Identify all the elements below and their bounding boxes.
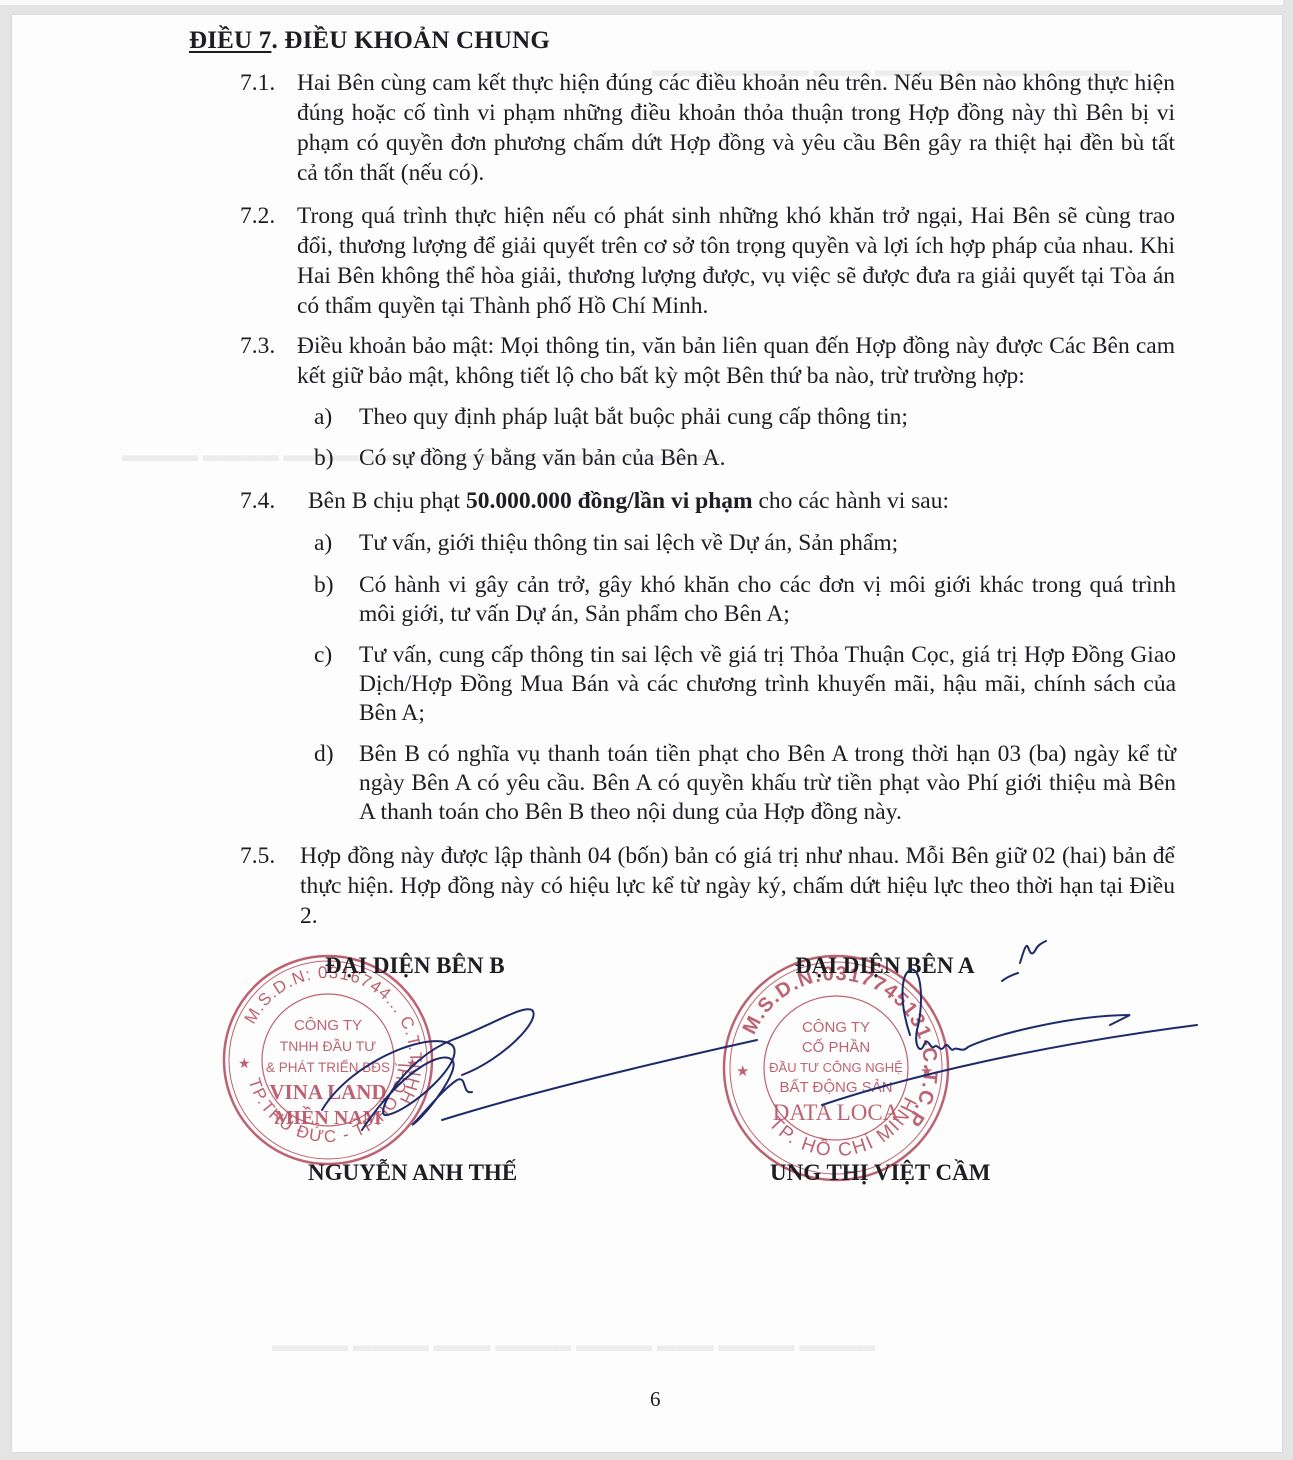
party-b-title: ĐẠI DIỆN BÊN B — [325, 953, 505, 979]
clause-number: 7.2. — [240, 201, 275, 231]
svg-text:CÔNG TY: CÔNG TY — [802, 1019, 870, 1036]
item-label: a) — [314, 403, 332, 432]
party-a-company-stamp: M.S.D.N:0317745131-C.T.C.P TP. HỒ CHÍ MI… — [718, 950, 954, 1186]
clause-7-4-item-c: c) Tư vấn, cung cấp thông tin sai lệch v… — [314, 641, 1176, 728]
item-label: a) — [314, 529, 332, 558]
clause-7-3-item-a: a) Theo quy định pháp luật bắt buộc phải… — [314, 403, 1176, 432]
svg-text:& PHÁT TRIỂN BĐS: & PHÁT TRIỂN BĐS — [266, 1060, 390, 1075]
clause-7-3: 7.3. Điều khoản bảo mật: Mọi thông tin, … — [240, 331, 1175, 391]
document-page: ▬▬▬▬ ▬▬▬▬▬ ▬▬▬▬ ▬▬▬ ▬▬▬▬▬ ▬▬▬ ▬▬▬▬▬ ▬▬▬▬… — [12, 15, 1282, 1452]
penalty-text-before: Bên B chịu phạt — [308, 488, 466, 514]
item-text: Bên B có nghĩa vụ thanh toán tiền phạt c… — [359, 740, 1176, 827]
item-text: Tư vấn, giới thiệu thông tin sai lệch về… — [359, 529, 1176, 558]
clause-7-4-item-b: b) Có hành vi gây cản trở, gây khó khăn … — [314, 571, 1176, 629]
clause-number: 7.1. — [240, 68, 275, 98]
previous-page-edge — [0, 0, 1283, 5]
clause-7-4: 7.4. Bên B chịu phạt 50.000.000 đồng/lần… — [240, 486, 1175, 516]
svg-text:MIỀN NAM: MIỀN NAM — [274, 1105, 381, 1129]
clause-7-1: 7.1. Hai Bên cùng cam kết thực hiện đúng… — [240, 68, 1175, 188]
clause-7-2: 7.2. Trong quá trình thực hiện nếu có ph… — [240, 201, 1175, 321]
party-a-title: ĐẠI DIỆN BÊN A — [795, 953, 975, 979]
article-title: . ĐIỀU KHOẢN CHUNG — [271, 27, 550, 54]
clause-number: 7.4. — [240, 486, 275, 516]
item-label: b) — [314, 571, 334, 600]
clause-text: Trong quá trình thực hiện nếu có phát si… — [297, 201, 1175, 321]
item-text: Tư vấn, cung cấp thông tin sai lệch về g… — [359, 641, 1176, 728]
svg-text:CÔNG TY: CÔNG TY — [294, 1017, 362, 1034]
svg-text:DATA LOCA: DATA LOCA — [773, 1100, 900, 1125]
item-text: Có sự đồng ý bằng văn bản của Bên A. — [359, 444, 1176, 473]
item-label: b) — [314, 444, 334, 473]
clause-7-5: 7.5. Hợp đồng này được lập thành 04 (bốn… — [240, 841, 1175, 931]
svg-text:CỔ PHẦN: CỔ PHẦN — [802, 1038, 870, 1056]
svg-text:★: ★ — [406, 1055, 419, 1071]
penalty-amount: 50.000.000 đồng/lần vi phạm — [466, 488, 753, 514]
clause-7-4-item-a: a) Tư vấn, giới thiệu thông tin sai lệch… — [314, 529, 1176, 558]
clause-text: Bên B chịu phạt 50.000.000 đồng/lần vi p… — [308, 486, 1175, 516]
page-number: 6 — [650, 1387, 661, 1412]
clause-number: 7.5. — [240, 841, 275, 871]
party-a-representative-name: UNG THỊ VIỆT CẦM — [770, 1160, 990, 1186]
clause-7-3-item-b: b) Có sự đồng ý bằng văn bản của Bên A. — [314, 444, 1176, 473]
clause-7-4-item-d: d) Bên B có nghĩa vụ thanh toán tiền phạ… — [314, 740, 1176, 827]
clause-number: 7.3. — [240, 331, 275, 361]
party-b-representative-name: NGUYỄN ANH THẾ — [308, 1160, 517, 1186]
svg-text:ĐẦU TƯ CÔNG NGHỆ: ĐẦU TƯ CÔNG NGHỆ — [769, 1060, 903, 1075]
item-label: d) — [314, 740, 334, 769]
clause-text: Hai Bên cùng cam kết thực hiện đúng các … — [297, 68, 1175, 188]
svg-text:★: ★ — [238, 1055, 251, 1071]
item-text: Có hành vi gây cản trở, gây khó khăn cho… — [359, 571, 1176, 629]
svg-text:BẤT ĐỘNG SẢN: BẤT ĐỘNG SẢN — [779, 1079, 892, 1096]
article-number: ĐIỀU 7 — [189, 27, 271, 54]
clause-text: Hợp đồng này được lập thành 04 (bốn) bản… — [300, 841, 1175, 931]
item-text: Theo quy định pháp luật bắt buộc phải cu… — [359, 403, 1176, 432]
clause-text: Điều khoản bảo mật: Mọi thông tin, văn b… — [297, 331, 1175, 391]
svg-text:★: ★ — [920, 1063, 933, 1080]
party-b-company-stamp: M.S.D.N: 0316744... C.T.TNHH TP.THỦ ĐỨC … — [218, 950, 438, 1170]
article-heading: ĐIỀU 7. ĐIỀU KHOẢN CHUNG — [189, 27, 550, 55]
svg-text:★: ★ — [736, 1063, 749, 1080]
svg-text:TNHH ĐẦU TƯ: TNHH ĐẦU TƯ — [280, 1038, 377, 1054]
svg-text:VINA LAND: VINA LAND — [269, 1080, 386, 1104]
item-label: c) — [314, 641, 332, 670]
penalty-text-after: cho các hành vi sau: — [753, 488, 949, 514]
